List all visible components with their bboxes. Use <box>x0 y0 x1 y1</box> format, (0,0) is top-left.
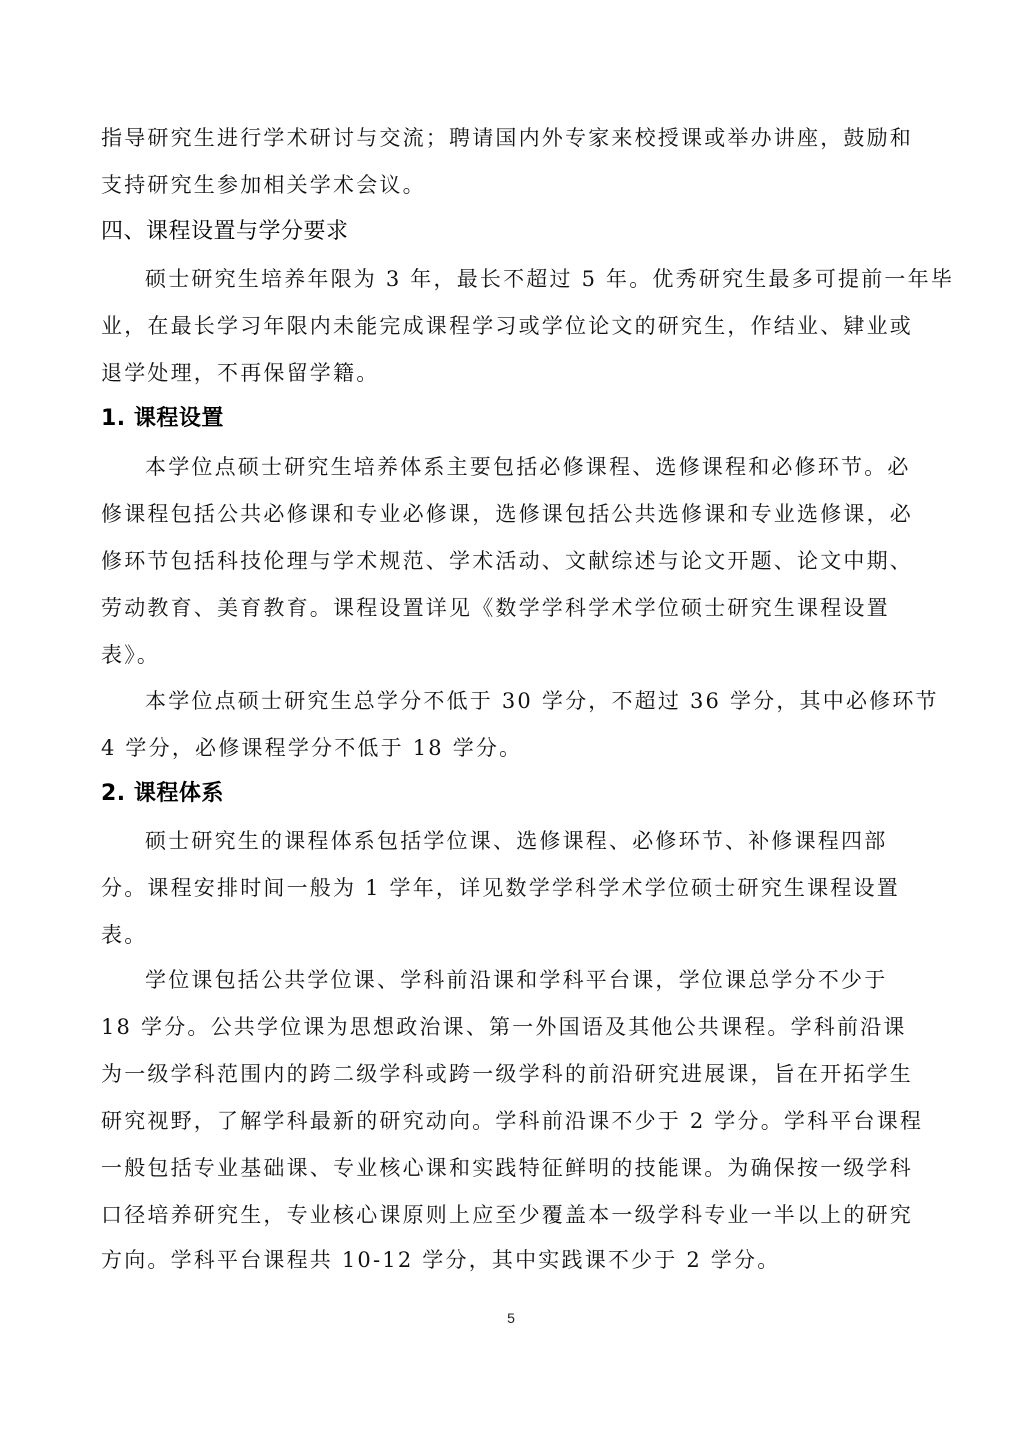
paragraph-line: 退学处理，不再保留学籍。 <box>101 359 921 387</box>
paragraph-line: 指导研究生进行学术研讨与交流；聘请国内外专家来校授课或举办讲座，鼓励和 <box>101 124 921 152</box>
paragraph-line: 一般包括专业基础课、专业核心课和实践特征鲜明的技能课。为确保按一级学科 <box>101 1154 921 1182</box>
paragraph-line: 劳动教育、美育教育。课程设置详见《数学学科学术学位硕士研究生课程设置 <box>101 594 921 622</box>
paragraph-line: 学位课包括公共学位课、学科前沿课和学科平台课，学位课总学分不少于 <box>145 966 921 994</box>
document-page: 指导研究生进行学术研讨与交流；聘请国内外专家来校授课或举办讲座，鼓励和 支持研究… <box>0 0 1022 1433</box>
paragraph-line: 本学位点硕士研究生总学分不低于 30 学分，不超过 36 学分，其中必修环节 <box>145 687 921 715</box>
subsection-heading: 1. 课程设置 <box>101 405 224 433</box>
paragraph-line: 18 学分。公共学位课为思想政治课、第一外国语及其他公共课程。学科前沿课 <box>101 1013 921 1041</box>
paragraph-line: 硕士研究生的课程体系包括学位课、选修课程、必修环节、补修课程四部 <box>145 827 921 855</box>
paragraph-line: 口径培养研究生，专业核心课原则上应至少覆盖本一级学科专业一半以上的研究 <box>101 1201 921 1229</box>
paragraph-line: 为一级学科范围内的跨二级学科或跨一级学科的前沿研究进展课，旨在开拓学生 <box>101 1060 921 1088</box>
paragraph-line: 方向。学科平台课程共 10-12 学分，其中实践课不少于 2 学分。 <box>101 1246 921 1274</box>
paragraph-line: 表》。 <box>101 641 921 669</box>
paragraph-line: 4 学分，必修课程学分不低于 18 学分。 <box>101 734 921 762</box>
paragraph-line: 支持研究生参加相关学术会议。 <box>101 171 921 199</box>
paragraph-line: 修课程包括公共必修课和专业必修课，选修课包括公共选修课和专业选修课，必 <box>101 500 921 528</box>
paragraph-line: 修环节包括科技伦理与学术规范、学术活动、文献综述与论文开题、论文中期、 <box>101 547 921 575</box>
paragraph-line: 表。 <box>101 921 921 949</box>
section-heading: 四、课程设置与学分要求 <box>101 218 349 246</box>
paragraph-line: 分。课程安排时间一般为 1 学年，详见数学学科学术学位硕士研究生课程设置 <box>101 874 921 902</box>
page-number: 5 <box>0 1310 1022 1326</box>
paragraph-line: 本学位点硕士研究生培养体系主要包括必修课程、选修课程和必修环节。必 <box>145 453 921 481</box>
paragraph-line: 业，在最长学习年限内未能完成课程学习或学位论文的研究生，作结业、肄业或 <box>101 312 921 340</box>
subsection-heading: 2. 课程体系 <box>101 780 224 808</box>
paragraph-line: 硕士研究生培养年限为 3 年，最长不超过 5 年。优秀研究生最多可提前一年毕 <box>145 265 921 293</box>
paragraph-line: 研究视野，了解学科最新的研究动向。学科前沿课不少于 2 学分。学科平台课程 <box>101 1107 921 1135</box>
